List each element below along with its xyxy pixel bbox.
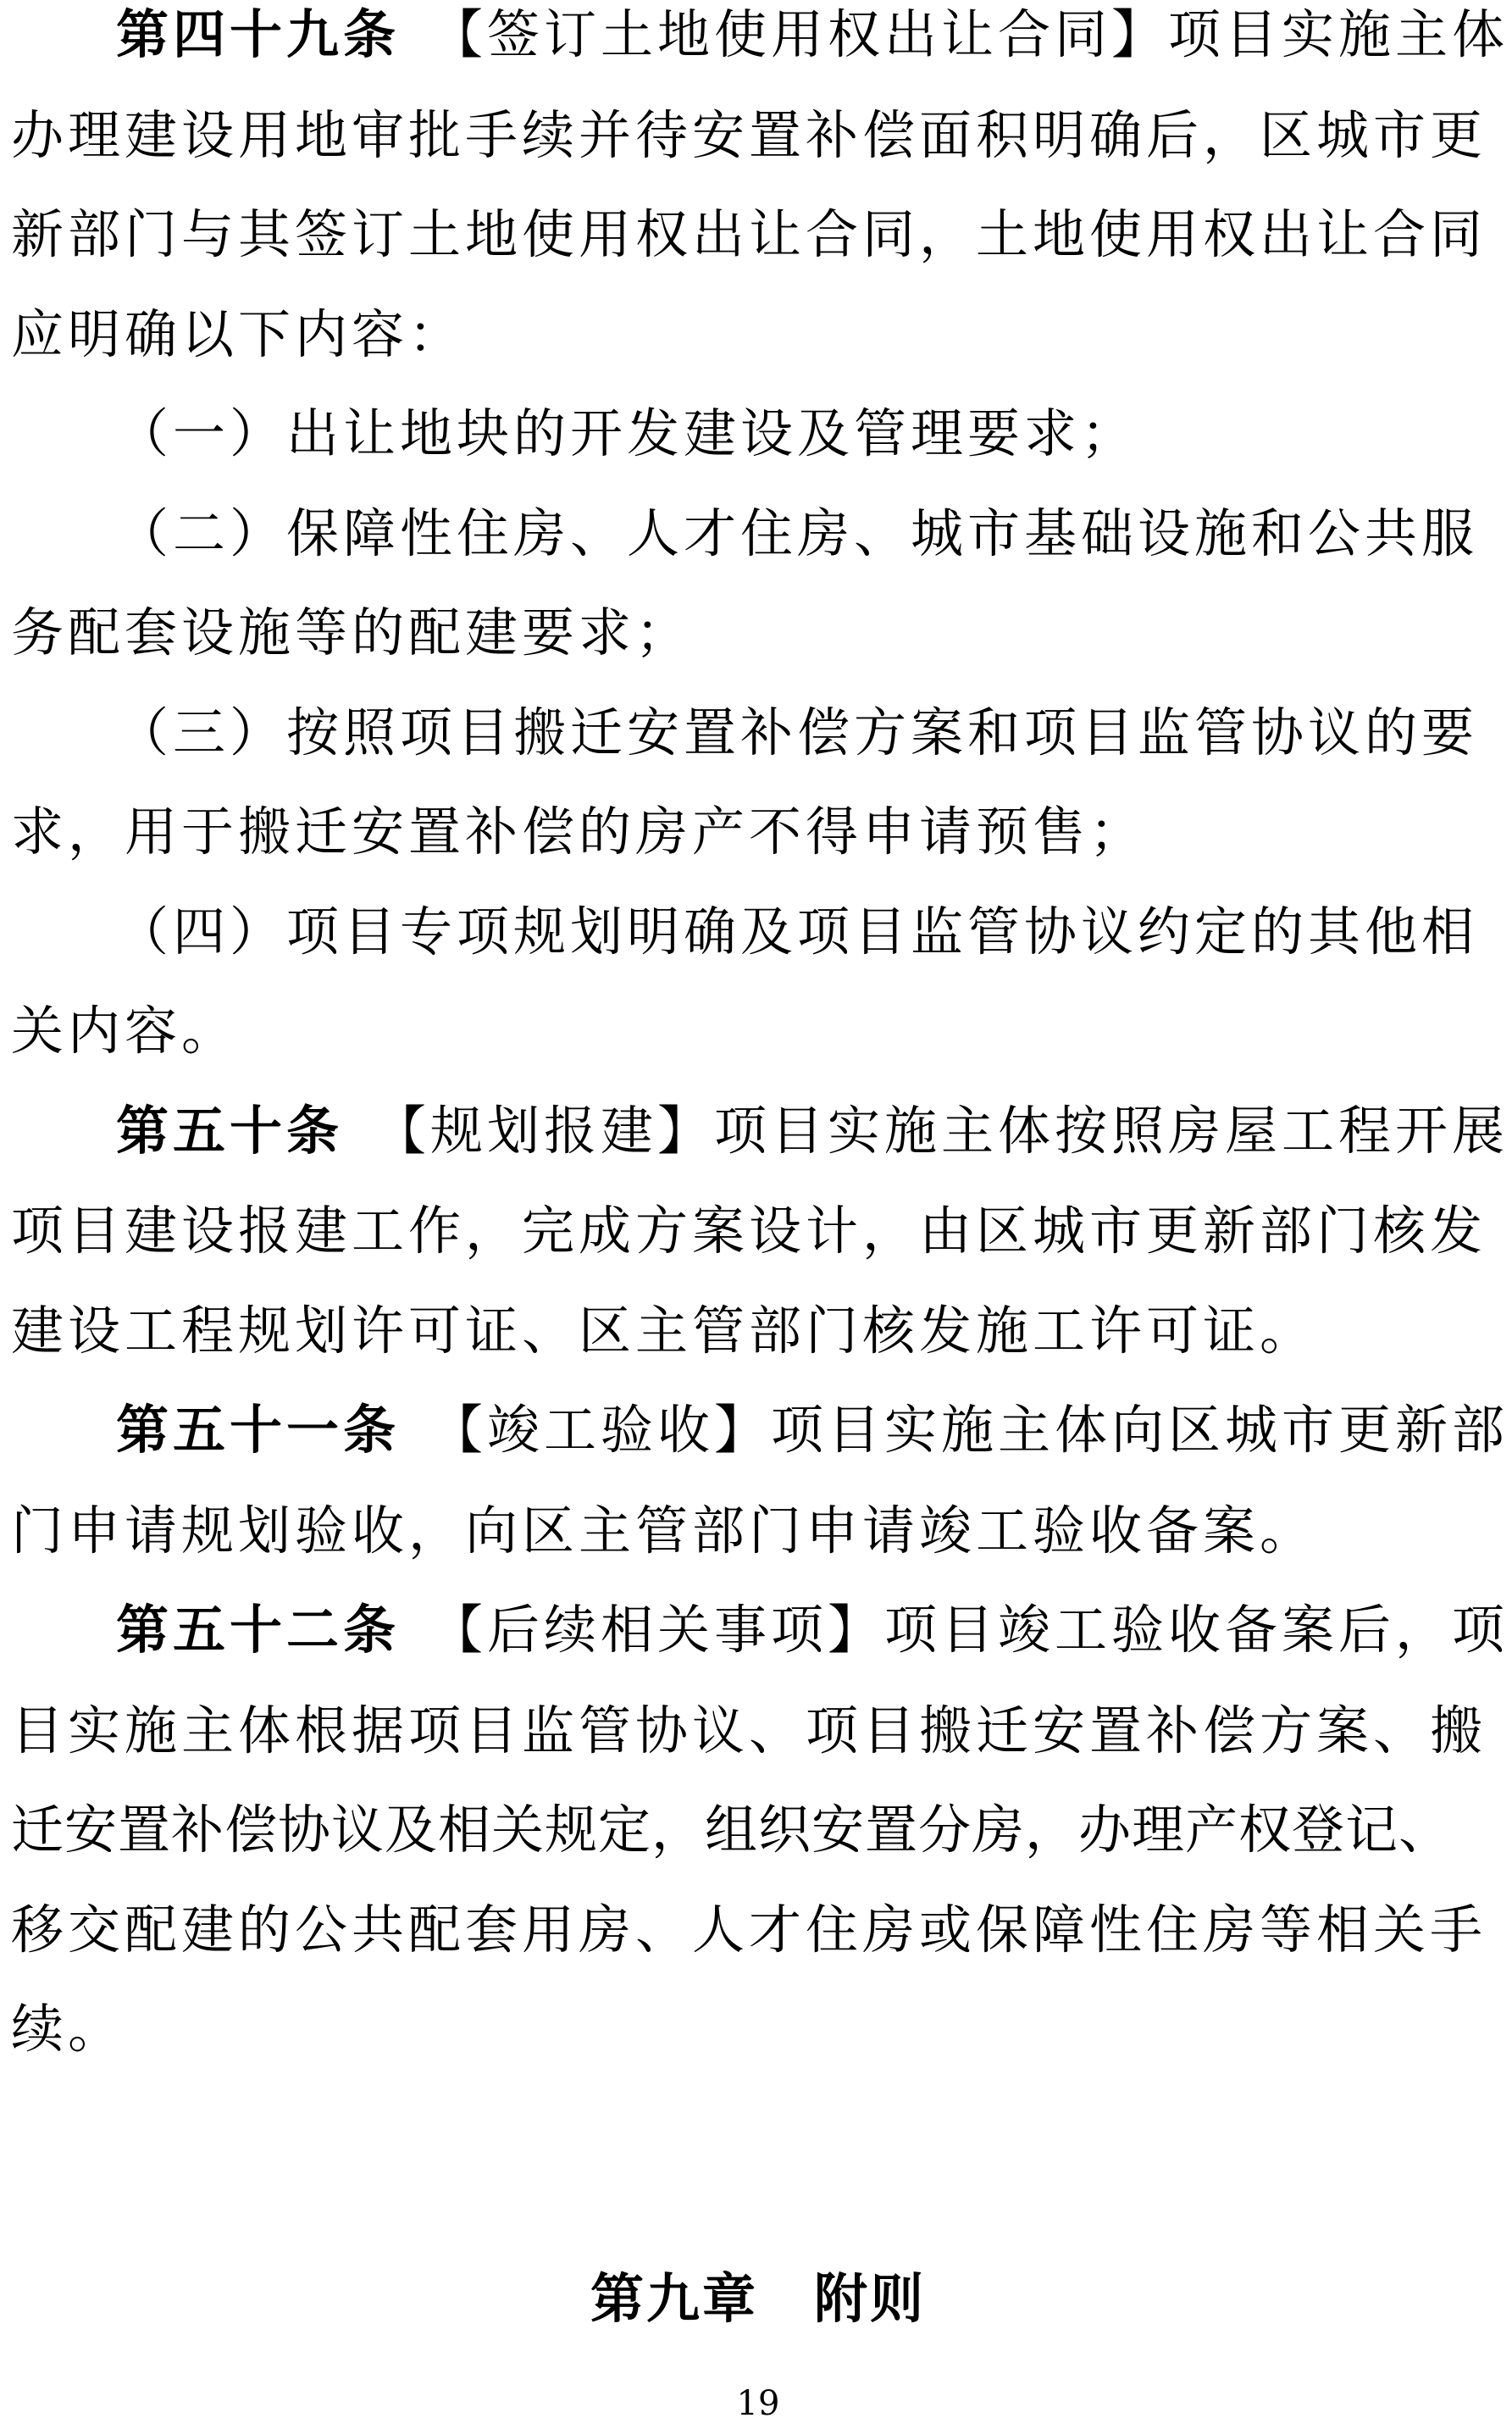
line-text: 求，用于搬迁安置补偿的房产不得申请预售； (11, 801, 1146, 862)
document-page: 第四十九条 【签订土地使用权出让合同】项目实施主体 办理建设用地审批手续并待安置… (0, 0, 1512, 2418)
article-number: 第五十二条 (116, 1601, 400, 1660)
text-line: （一）出让地块的开发建设及管理要求； (11, 384, 1505, 484)
line-text: 建设工程规划许可证、区主管部门核发施工许可证。 (11, 1300, 1316, 1362)
line-text: 【规划报建】项目实施主体按照房屋工程开展 (343, 1100, 1509, 1162)
text-line: 新部门与其签订土地使用权出让合同，土地使用权出让合同 (11, 185, 1505, 285)
line-text: （四）项目专项规划明确及项目监管协议约定的其他相 (116, 901, 1478, 962)
line-text: 【竣工验收】项目实施主体向区城市更新部 (400, 1399, 1509, 1461)
line-text: 关内容。 (11, 1000, 238, 1062)
text-line: 第五十二条 【后续相关事项】项目竣工验收备案后，项 (11, 1580, 1505, 1681)
line-text: 续。 (11, 1998, 125, 2060)
line-text: 【后续相关事项】项目竣工验收备案后，项 (400, 1599, 1509, 1661)
line-text: 【签订土地使用权出让合同】项目实施主体 (400, 3, 1509, 65)
text-line: 求，用于搬迁安置补偿的房产不得申请预售； (11, 782, 1505, 882)
text-line: 第五十条 【规划报建】项目实施主体按照房屋工程开展 (11, 1081, 1505, 1182)
chapter-heading: 第九章 附则 (11, 2250, 1505, 2350)
line-text: （三）按照项目搬迁安置补偿方案和项目监管协议的要 (116, 702, 1478, 763)
text-line: 应明确以下内容： (11, 285, 1505, 385)
line-text: 应明确以下内容： (11, 303, 465, 365)
text-line: 第四十九条 【签订土地使用权出让合同】项目实施主体 (11, 0, 1505, 86)
text-line: 建设工程规划许可证、区主管部门核发施工许可证。 (11, 1281, 1505, 1381)
text-line: 第五十一条 【竣工验收】项目实施主体向区城市更新部 (11, 1380, 1505, 1481)
text-line: （三）按照项目搬迁安置补偿方案和项目监管协议的要 (11, 683, 1505, 783)
text-line: 移交配建的公共配套用房、人才住房或保障性住房等相关手 (11, 1880, 1505, 1980)
text-line: 项目建设报建工作，完成方案设计，由区城市更新部门核发 (11, 1181, 1505, 1281)
line-text: 门申请规划验收，向区主管部门申请竣工验收备案。 (11, 1500, 1316, 1561)
line-text: 项目建设报建工作，完成方案设计，由区城市更新部门核发 (11, 1200, 1487, 1262)
text-line: 关内容。 (11, 981, 1505, 1081)
text-line: 迁安置补偿协议及相关规定，组织安置分房，办理产权登记、 (11, 1780, 1505, 1880)
text-line: 门申请规划验收，向区主管部门申请竣工验收备案。 (11, 1481, 1505, 1581)
line-text: （二）保障性住房、人才住房、城市基础设施和公共服 (116, 502, 1478, 564)
document-body: 第四十九条 【签订土地使用权出让合同】项目实施主体 办理建设用地审批手续并待安置… (0, 0, 1512, 2418)
page-number: 19 (11, 2383, 1505, 2418)
line-text: 移交配建的公共配套用房、人才住房或保障性住房等相关手 (11, 1899, 1487, 1960)
text-line: 目实施主体根据项目监管协议、项目搬迁安置补偿方案、搬 (11, 1681, 1505, 1781)
text-line: 务配套设施等的配建要求； (11, 583, 1505, 683)
line-text: 新部门与其签订土地使用权出让合同，土地使用权出让合同 (11, 203, 1487, 265)
text-line: （二）保障性住房、人才住房、城市基础设施和公共服 (11, 484, 1505, 584)
article-number: 第四十九条 (116, 6, 400, 64)
article-number: 第五十一条 (116, 1401, 400, 1460)
line-text: 目实施主体根据项目监管协议、项目搬迁安置补偿方案、搬 (11, 1700, 1487, 1761)
line-text: 迁安置补偿协议及相关规定，组织安置分房，办理产权登记、 (11, 1799, 1452, 1861)
text-line: 续。 (11, 1979, 1505, 2079)
text-line: （四）项目专项规划明确及项目监管协议约定的其他相 (11, 882, 1505, 982)
article-number: 第五十条 (116, 1102, 343, 1161)
line-text: （一）出让地块的开发建设及管理要求； (116, 402, 1138, 464)
line-text: 务配套设施等的配建要求； (11, 602, 692, 663)
text-line: 办理建设用地审批手续并待安置补偿面积明确后，区城市更 (11, 86, 1505, 186)
line-text: 办理建设用地审批手续并待安置补偿面积明确后，区城市更 (11, 104, 1487, 166)
